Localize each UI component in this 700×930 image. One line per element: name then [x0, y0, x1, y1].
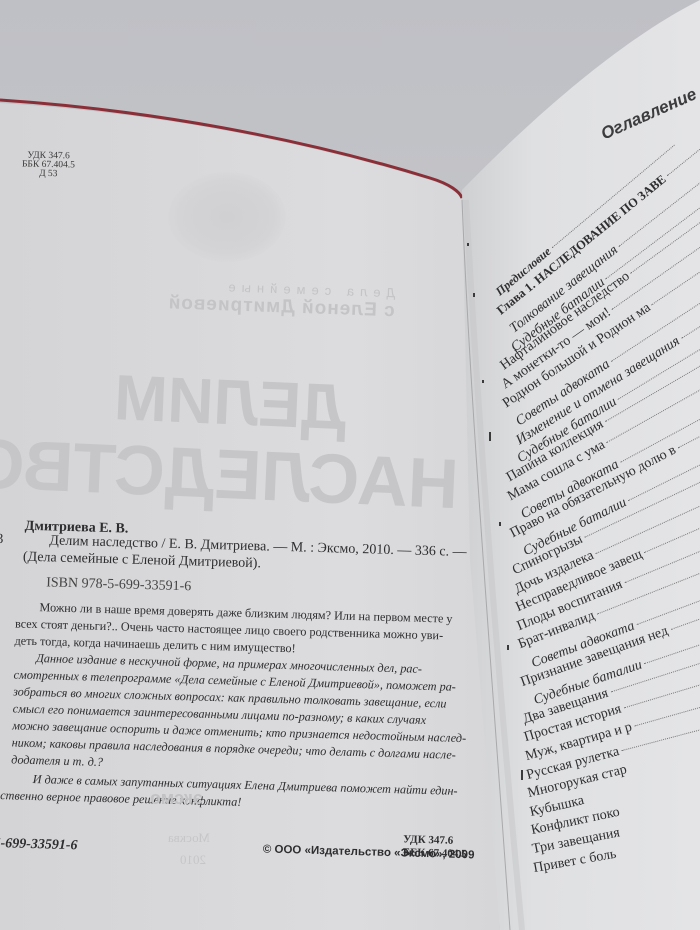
show-through-city: Москва [168, 830, 210, 846]
show-through-publisher-logo: эксмо [150, 788, 203, 809]
show-through-year: 2010 [180, 852, 206, 868]
classification-codes: УДК 347.6 ББК 67.404.5 Д 53 [22, 152, 75, 180]
margin-number: 3 [0, 532, 4, 548]
annotation-paragraph-2: Данное издание в нескучной форме, на при… [0, 649, 468, 781]
author-mark: Д 53 [22, 170, 75, 180]
isbn-bottom: -5-699-33591-6 [0, 836, 78, 854]
show-through-title: ДЕЛИМ НАСЛЕДСТВО [0, 360, 463, 524]
show-through-emblem [168, 172, 286, 262]
